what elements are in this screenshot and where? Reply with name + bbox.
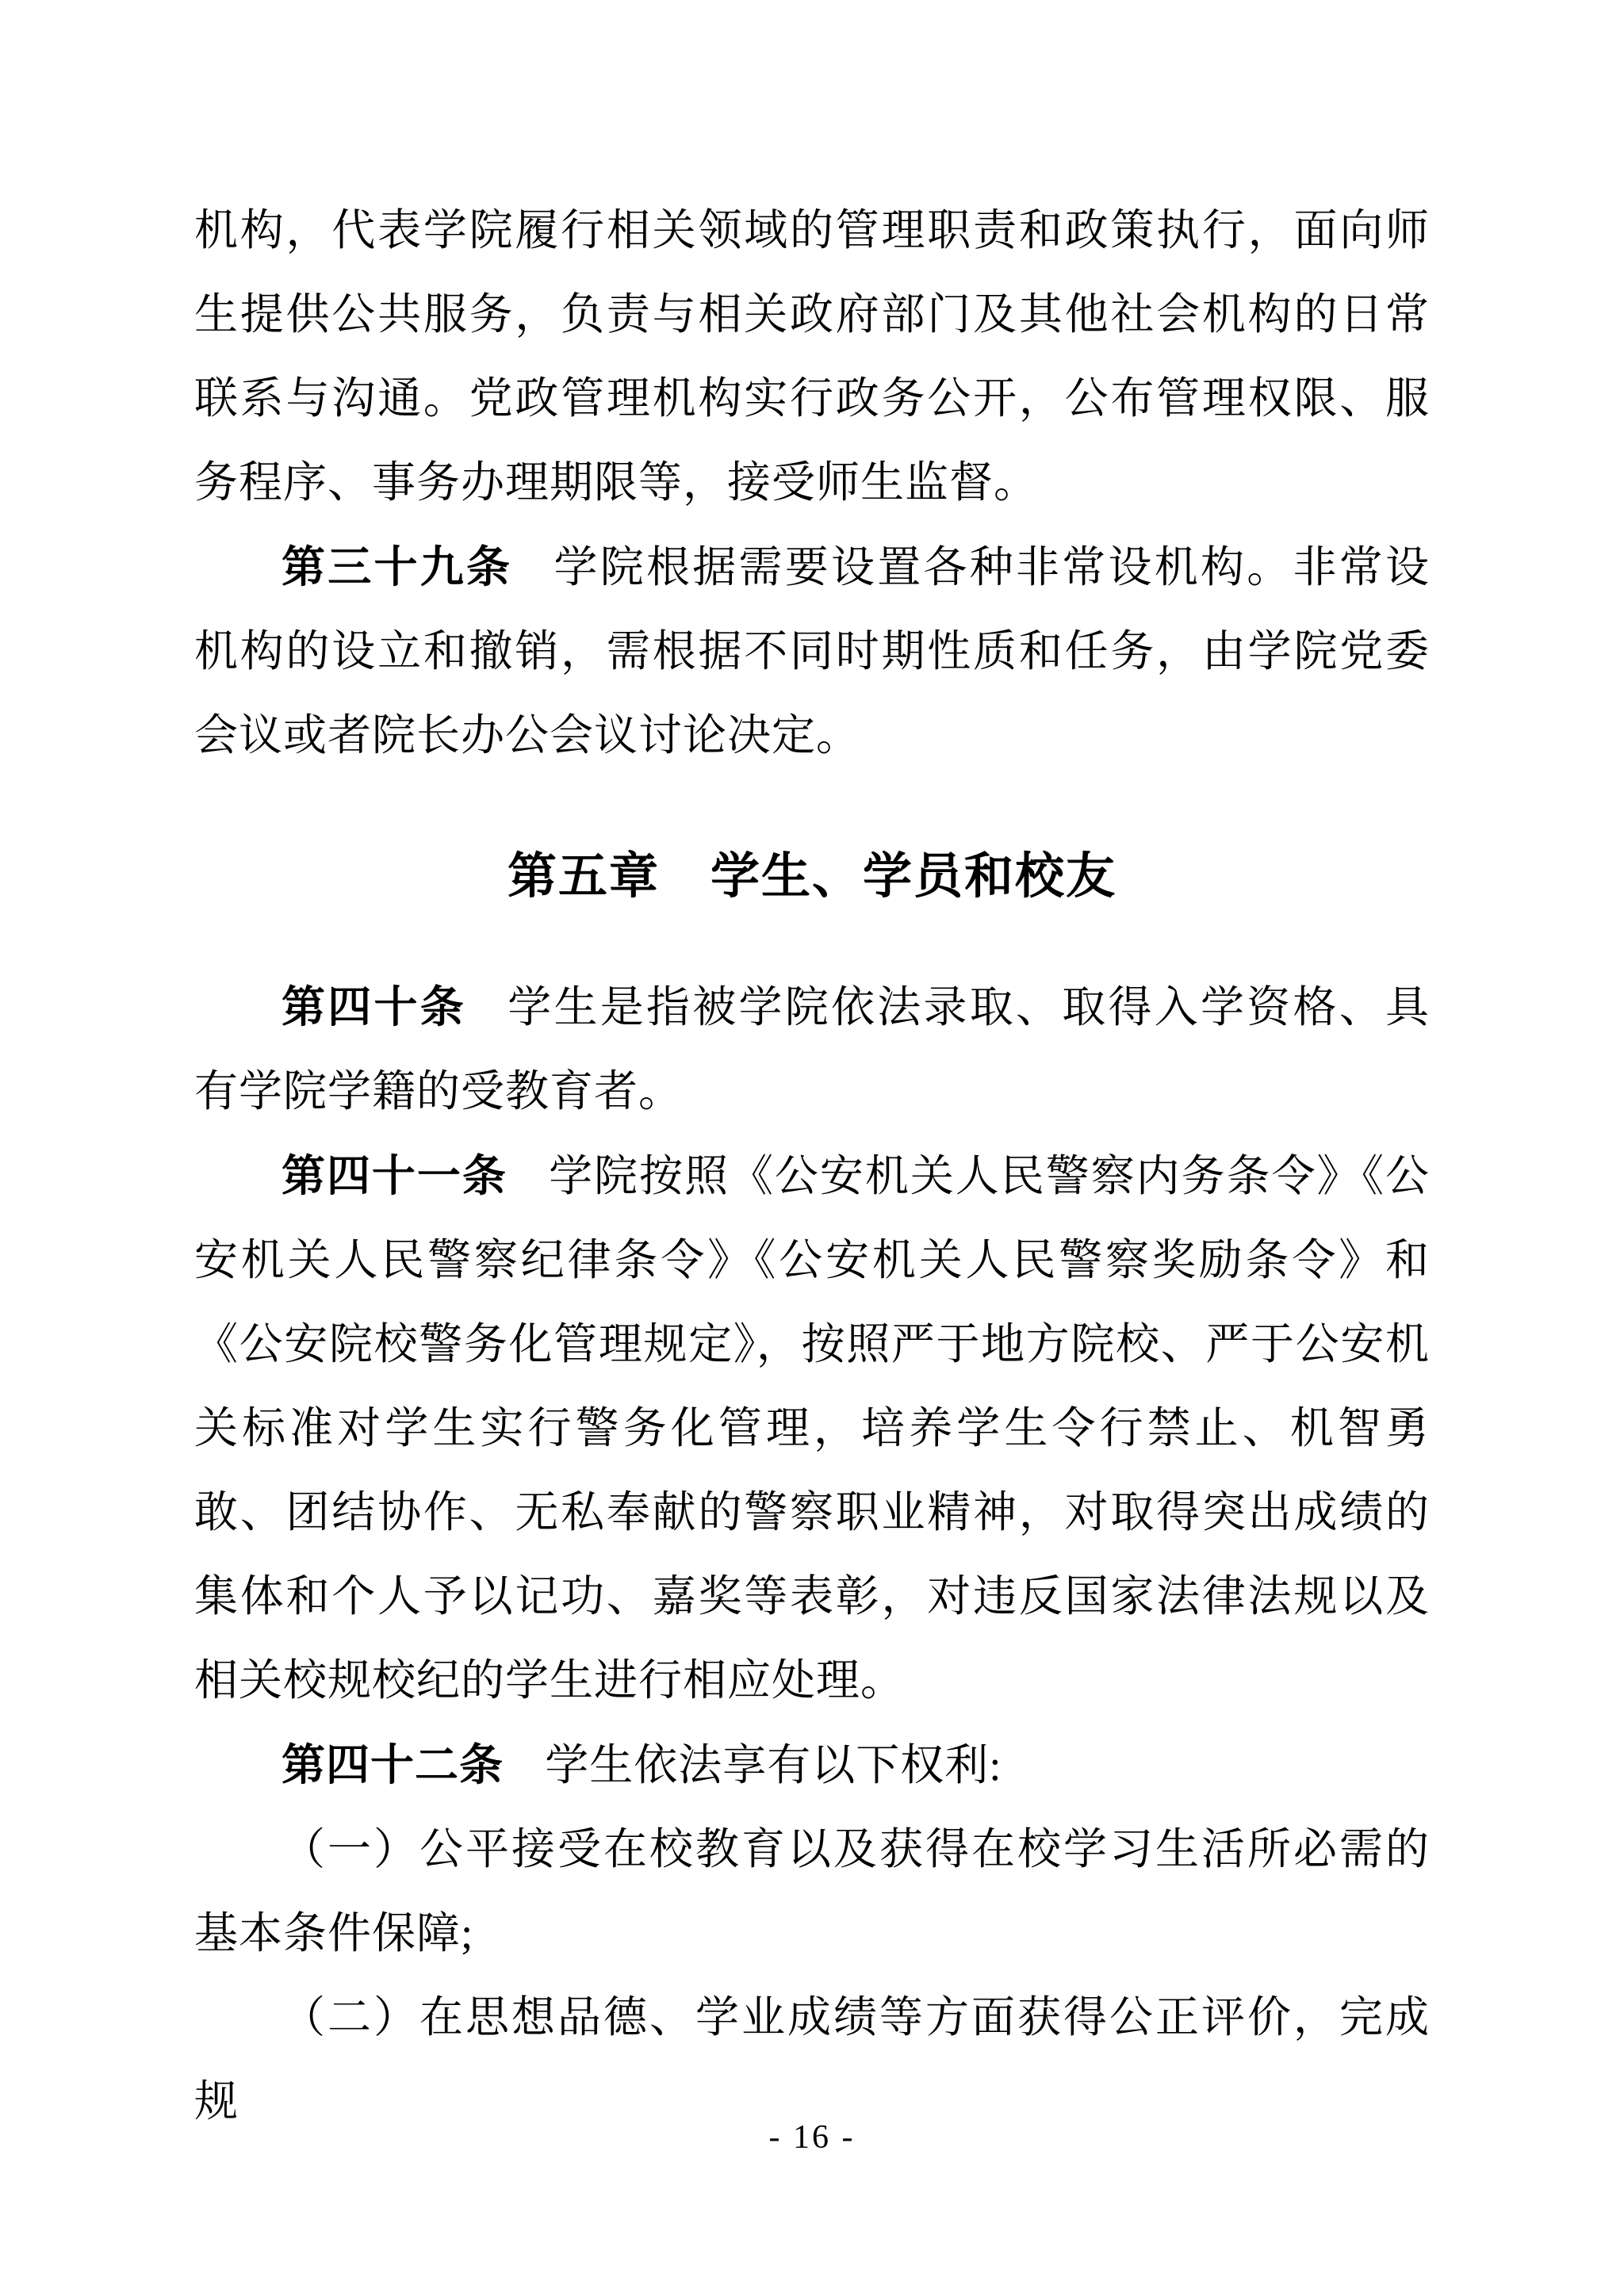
paragraph-article-41: 第四十一条学院按照《公安机关人民警察内务条令》《公安机关人民警察纪律条令》《公安… bbox=[194, 1134, 1430, 1723]
paragraph-text: （一）公平接受在校教育以及获得在校学习生活所必需的基本条件保障; bbox=[194, 1825, 1430, 1957]
chapter-heading: 第五章 学生、学员和校友 bbox=[194, 835, 1430, 919]
paragraph-article-39: 第三十九条学院根据需要设置各种非常设机构。非常设机构的设立和撤销，需根据不同时期… bbox=[194, 525, 1430, 778]
document-body: 机构，代表学院履行相关领域的管理职责和政策执行，面向师生提供公共服务，负责与相关… bbox=[194, 189, 1430, 2144]
article-39-number: 第三十九条 bbox=[282, 542, 512, 591]
article-40-number: 第四十条 bbox=[282, 982, 466, 1031]
document-page: 机构，代表学院履行相关领域的管理职责和政策执行，面向师生提供公共服务，负责与相关… bbox=[0, 0, 1624, 2296]
paragraph-continuation: 机构，代表学院履行相关领域的管理职责和政策执行，面向师生提供公共服务，负责与相关… bbox=[194, 189, 1430, 525]
page-number: - 16 - bbox=[0, 2118, 1624, 2156]
chapter-heading-text: 第五章 学生、学员和校友 bbox=[507, 849, 1116, 904]
paragraph-text: （二）在思想品德、学业成绩等方面获得公正评价，完成规 bbox=[194, 1993, 1430, 2126]
paragraph-text: 学院按照《公安机关人民警察内务条令》《公安机关人民警察纪律条令》《公安机关人民警… bbox=[194, 1152, 1430, 1705]
paragraph-right-item-1: （一）公平接受在校教育以及获得在校学习生活所必需的基本条件保障; bbox=[194, 1808, 1430, 1976]
paragraph-text: 学生依法享有以下权利: bbox=[545, 1741, 1002, 1789]
article-41-number: 第四十一条 bbox=[282, 1151, 507, 1200]
paragraph-text: 机构，代表学院履行相关领域的管理职责和政策执行，面向师生提供公共服务，负责与相关… bbox=[194, 206, 1430, 507]
article-42-number: 第四十二条 bbox=[282, 1740, 504, 1789]
paragraph-article-42: 第四十二条学生依法享有以下权利: bbox=[194, 1723, 1430, 1808]
paragraph-article-40: 第四十条学生是指被学院依法录取、取得入学资格、具有学院学籍的受教育者。 bbox=[194, 965, 1430, 1134]
